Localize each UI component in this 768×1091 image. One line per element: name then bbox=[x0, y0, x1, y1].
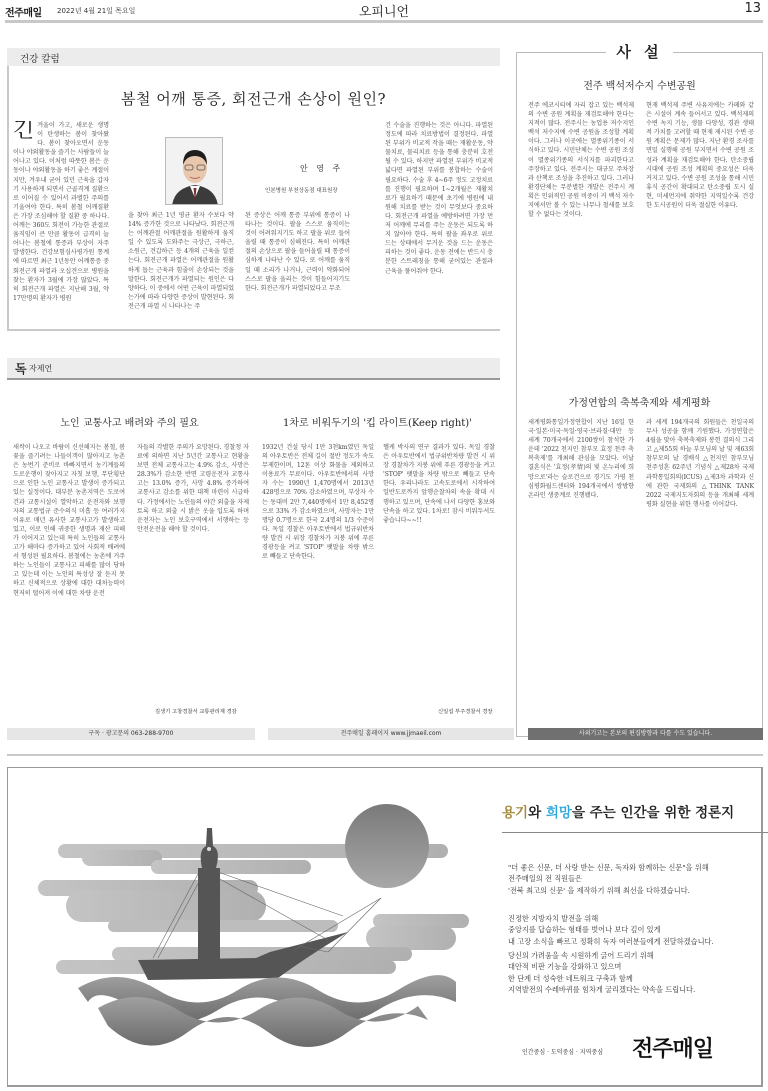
reader-article-title-1: 노인 교통사고 배려와 주의 필요 bbox=[7, 414, 252, 429]
editorial-title-1: 전주 백석저수지 수변공원 bbox=[516, 77, 763, 92]
section-title: 오피니언 bbox=[5, 1, 763, 20]
homepage-link[interactable]: 전주매일 홈페이지 www.jjmaeil.com bbox=[268, 728, 514, 740]
disclaimer: 사외기고는 본보의 편집방향과 다를 수도 있습니다. bbox=[528, 728, 763, 740]
ad-logo: 전주매일 bbox=[632, 1032, 713, 1063]
health-column-tab: 건강 칼럼 bbox=[7, 48, 500, 66]
ad-paragraph-2: 진정한 지방자치 발전을 위해 중앙지를 답습하는 형태를 벗어나 보다 깊이 … bbox=[508, 913, 714, 947]
editorial-1-col-1: 전주 에코시티에 자리 잡고 있는 백석제의 수변 공원 계획을 재검토해야 한… bbox=[528, 101, 634, 354]
health-col-3: 된 증상은 어깨 통증 부위에 통증이 나타나는 것이다. 팔을 스스로 움직이… bbox=[245, 211, 350, 327]
ad-paragraph-1: "더 좋은 신문, 더 사랑 받는 신문, 독자와 함께하는 신문"을 위해 전… bbox=[508, 862, 709, 896]
author-name: 안 영 주 bbox=[300, 163, 343, 174]
editorial-heading: 사 설 bbox=[516, 41, 763, 62]
editorial-2-col-1: 세계평화통일가정연합이 지난 16일 한국·일본·미국·독일·영국·브라질·대만… bbox=[528, 418, 634, 716]
reader-tab-label: 자제언 bbox=[29, 363, 52, 374]
editorial-1-col-2: 현재 백석제 주변 사유지에는 카페와 같은 시설이 계속 들어서고 있다. 백… bbox=[646, 101, 754, 354]
ad-motto: 인간중심 · 도덕중심 · 지역중심 bbox=[522, 1047, 603, 1056]
reader-1-col-2: 자들의 각별한 주의가 요망된다. 경찰청 자료에 의하면 지난 5년간 교통사… bbox=[137, 443, 249, 698]
health-col-4: 건 수술을 진행하는 것은 아니다. 파열된 정도에 따라 치료방법이 결정된다… bbox=[385, 121, 493, 327]
dropcap: 긴 bbox=[13, 121, 34, 141]
health-column-label: 건강 칼럼 bbox=[20, 51, 60, 65]
reader-2-col-1: 1932년 건설 당시 1만 3천km였던 독일의 아우토반은 전체 길이 절반… bbox=[262, 443, 374, 713]
health-col-2: 을 찾아 최근 1년 평균 환자 수보다 약 14% 증가한 것으로 나타났다.… bbox=[128, 211, 234, 327]
author-title: 인본병원 부천상동점 대표원장 bbox=[265, 186, 338, 194]
editorial-title-2: 가정연합의 축복축제와 세계평화 bbox=[516, 394, 763, 409]
subscribe-info: 구독 · 광고문의 063-288-9700 bbox=[7, 728, 255, 740]
editorial-2-col-2: 과 세계 194개국의 회원들은 천일국의 무사 성공을 함께 기원했다. 가정… bbox=[646, 418, 754, 716]
health-article-title: 봄철 어깨 통증, 회전근개 손상이 원인? bbox=[7, 88, 500, 109]
masthead: 전주매일 2022년 4월 21일 목요일 오피니언 13 bbox=[5, 0, 763, 20]
reader-byline-2: 신일섭 부주경찰서 경장 bbox=[438, 707, 493, 715]
author-photo bbox=[165, 137, 223, 205]
divider-rule bbox=[7, 754, 763, 756]
author-portrait-icon bbox=[166, 138, 223, 205]
masthead-rule bbox=[5, 20, 763, 23]
reader-byline-1: 김생기 고창경찰서 교통관리계 경감 bbox=[155, 707, 237, 715]
ship-illustration-icon bbox=[8, 770, 470, 1088]
ad-slogan: 용기와 희망을 주는 인간을 위한 정론지 bbox=[502, 801, 734, 821]
ad-paragraph-3: 당신의 가려움을 속 시원하게 긁어 드리기 위해 대안적 비판 기능을 강화하… bbox=[508, 950, 695, 995]
reader-2-col-2: 헬케 박사의 연구 결과가 있다. 독일 경찰은 아우토반에서 법규위반차량 발… bbox=[383, 443, 495, 698]
health-col-1: 긴겨울이 가고, 새로운 생명이 탄생하는 봄이 찾아왔다. 봄이 찾아오면서 … bbox=[13, 121, 109, 327]
page-number: 13 bbox=[744, 1, 761, 16]
reader-article-title-2: 1차로 비워두기의 '킵 라이트(Keep right)' bbox=[255, 414, 500, 429]
reader-1-col-1: 새싹이 나오고 바람이 신선해지는 봄철, 봄꽃을 즐기려는 나들이객이 많아지… bbox=[13, 443, 125, 713]
reader-tab-initial: 독 bbox=[15, 360, 27, 377]
reader-column-tab: 독 자제언 bbox=[7, 358, 500, 380]
ad-rule bbox=[502, 832, 768, 833]
